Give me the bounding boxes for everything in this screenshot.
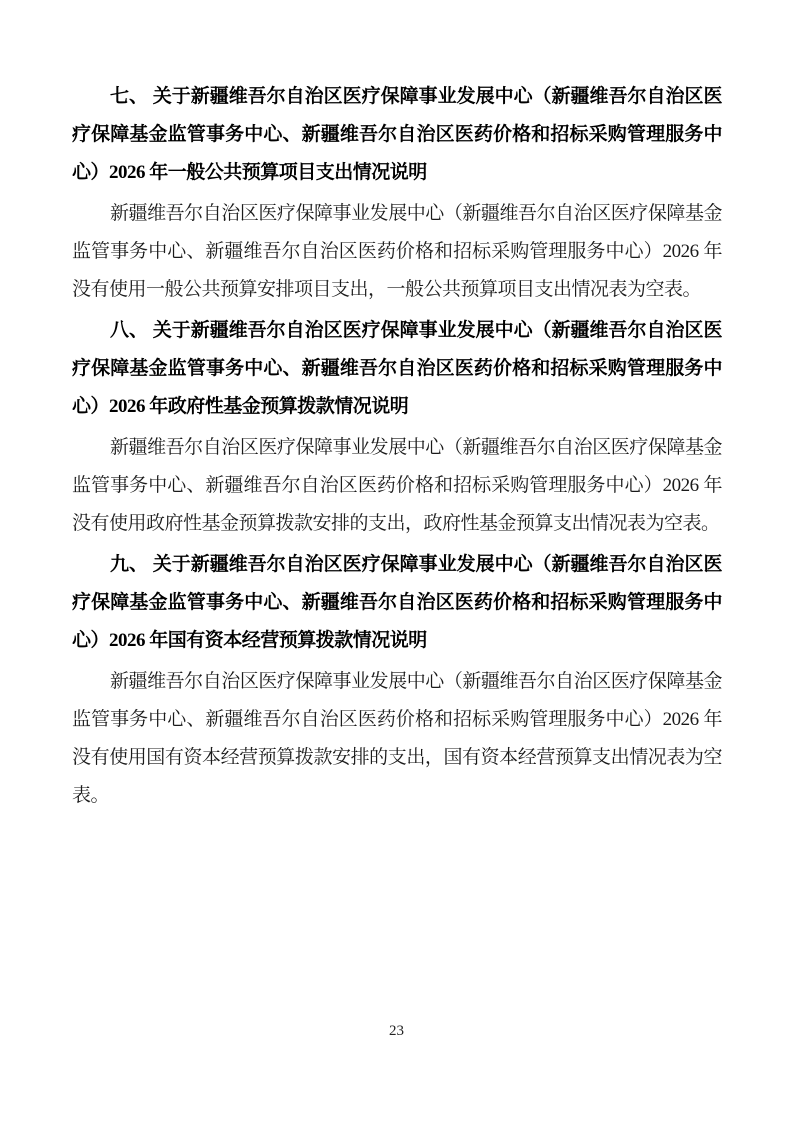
document-content: 七、 关于新疆维吾尔自治区医疗保障事业发展中心（新疆维吾尔自治区医疗保障基金监管… (72, 78, 722, 818)
section-seven-body: 新疆维吾尔自治区医疗保障事业发展中心（新疆维吾尔自治区医疗保障基金监管事务中心、… (72, 195, 722, 309)
document-page: 七、 关于新疆维吾尔自治区医疗保障事业发展中心（新疆维吾尔自治区医疗保障基金监管… (0, 0, 793, 1122)
section-eight-heading: 八、 关于新疆维吾尔自治区医疗保障事业发展中心（新疆维吾尔自治区医疗保障基金监管… (72, 312, 722, 426)
section-nine-heading: 九、 关于新疆维吾尔自治区医疗保障事业发展中心（新疆维吾尔自治区医疗保障基金监管… (72, 546, 722, 660)
section-seven: 七、 关于新疆维吾尔自治区医疗保障事业发展中心（新疆维吾尔自治区医疗保障基金监管… (72, 78, 722, 309)
section-nine-body: 新疆维吾尔自治区医疗保障事业发展中心（新疆维吾尔自治区医疗保障基金监管事务中心、… (72, 663, 722, 815)
page-footer: 23 (0, 1022, 793, 1040)
section-eight-body: 新疆维吾尔自治区医疗保障事业发展中心（新疆维吾尔自治区医疗保障基金监管事务中心、… (72, 429, 722, 543)
page-number: 23 (389, 1023, 404, 1039)
section-seven-heading: 七、 关于新疆维吾尔自治区医疗保障事业发展中心（新疆维吾尔自治区医疗保障基金监管… (72, 78, 722, 192)
section-nine: 九、 关于新疆维吾尔自治区医疗保障事业发展中心（新疆维吾尔自治区医疗保障基金监管… (72, 546, 722, 815)
section-eight: 八、 关于新疆维吾尔自治区医疗保障事业发展中心（新疆维吾尔自治区医疗保障基金监管… (72, 312, 722, 543)
